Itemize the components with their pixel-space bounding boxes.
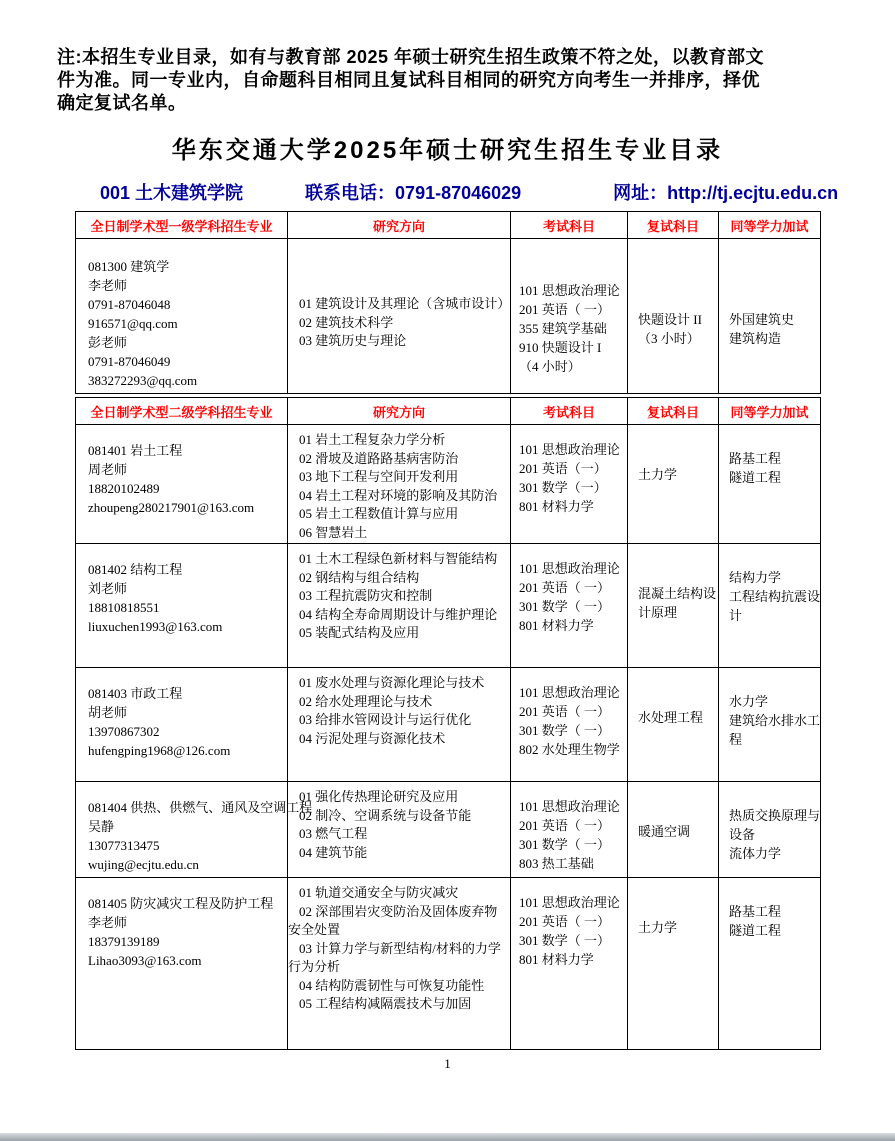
text-line: 01 建筑设计及其理论（含城市设计） (288, 295, 510, 314)
program-contact-cell: 081300 建筑学李老师0791-87046048916571@qq.com彭… (76, 239, 288, 394)
column-header: 同等学力加试 (719, 212, 821, 239)
text-line: 201 英语（一） (511, 459, 627, 478)
text-line: 081300 建筑学 (76, 257, 287, 276)
retest-subject-cell: 混凝土结构设计原理 (628, 544, 719, 668)
text-line: 工程结构抗震设计 (719, 587, 820, 625)
text-line: 01 轨道交通安全与防灾减灾 (288, 884, 510, 903)
text-line: 建筑给水排水工程 (719, 711, 820, 749)
text-line: 土力学 (628, 918, 718, 937)
text-line: 05 装配式结构及应用 (288, 624, 510, 643)
exam-subjects-cell: 101 思想政治理论201 英语（ 一）355 建筑学基础910 快题设计 I（… (511, 239, 628, 394)
text-line: 流体力学 (719, 844, 820, 863)
equivalency-addtest-cell: 热质交换原理与设备流体力学 (719, 782, 821, 878)
text-line: 13970867302 (76, 722, 287, 741)
note-line: 注:本招生专业目录，如有与教育部 2025 年硕士研究生招生政策不符之处，以教育… (57, 46, 851, 69)
program-contact-cell: 081402 结构工程刘老师18810818551liuxuchen1993@1… (76, 544, 288, 668)
retest-subject-cell: 快题设计 II（3 小时） (628, 239, 719, 394)
research-directions-cell: 01 岩土工程复杂力学分析02 滑坡及道路路基病害防治03 地下工程与空间开发利… (288, 425, 511, 544)
exam-subjects-cell: 101 思想政治理论201 英语（ 一）301 数学（ 一）801 材料力学 (511, 878, 628, 1050)
table-row: 081402 结构工程刘老师18810818551liuxuchen1993@1… (76, 544, 821, 668)
text-line: 外国建筑史 (719, 310, 820, 329)
research-directions-cell: 01 强化传热理论研究及应用02 制冷、空调系统与设备节能03 燃气工程04 建… (288, 782, 511, 878)
column-header: 全日制学术型二级学科招生专业 (76, 398, 288, 425)
text-line: 吴静 (76, 817, 287, 836)
column-header: 复试科目 (628, 212, 719, 239)
column-header: 研究方向 (288, 398, 511, 425)
text-line: 301 数学（ 一） (511, 597, 627, 616)
first-level-programs-table: 全日制学术型一级学科招生专业研究方向考试科目复试科目同等学力加试081300 建… (75, 211, 821, 394)
text-line: 03 燃气工程 (288, 825, 510, 844)
text-line: 02 给水处理理论与技术 (288, 693, 510, 712)
text-line: 隧道工程 (719, 468, 820, 487)
research-directions-cell: 01 建筑设计及其理论（含城市设计）02 建筑技术科学03 建筑历史与理论 (288, 239, 511, 394)
note-line: 确定复试名单。 (57, 92, 851, 115)
text-line: 06 智慧岩土 (288, 524, 510, 543)
exam-subjects-cell: 101 思想政治理论201 英语（ 一）301 数学（ 一）801 材料力学 (511, 544, 628, 668)
text-line: 周老师 (76, 460, 287, 479)
text-line: 101 思想政治理论 (511, 559, 627, 578)
text-line: 03 计算力学与新型结构/材料的力学行为分析 (288, 940, 510, 977)
text-line: 01 强化传热理论研究及应用 (288, 788, 510, 807)
text-line: 13077313475 (76, 836, 287, 855)
text-line: 201 英语（ 一） (511, 816, 627, 835)
text-line: 水处理工程 (628, 708, 718, 727)
text-line: 201 英语（ 一） (511, 578, 627, 597)
equivalency-addtest-cell: 水力学建筑给水排水工程 (719, 668, 821, 782)
text-line: 18379139189 (76, 932, 287, 951)
text-line: 刘老师 (76, 579, 287, 598)
text-line: 916571@qq.com (76, 314, 287, 333)
text-line: 18820102489 (76, 479, 287, 498)
text-line: 910 快题设计 I (511, 338, 627, 357)
text-line: 01 岩土工程复杂力学分析 (288, 431, 510, 450)
header-row: 全日制学术型一级学科招生专业研究方向考试科目复试科目同等学力加试 (76, 212, 821, 239)
table-row: 081404 供热、供燃气、通风及空调工程吴静13077313475wujing… (76, 782, 821, 878)
text-line: 隧道工程 (719, 921, 820, 940)
table-row: 081401 岩土工程周老师18820102489zhoupeng2802179… (76, 425, 821, 544)
text-line: 李老师 (76, 913, 287, 932)
column-header: 全日制学术型一级学科招生专业 (76, 212, 288, 239)
text-line: 301 数学（ 一） (511, 835, 627, 854)
research-directions-cell: 01 轨道交通安全与防灾减灾02 深部围岩灾变防治及固体废弃物安全处置03 计算… (288, 878, 511, 1050)
exam-subjects-cell: 101 思想政治理论201 英语（ 一）301 数学（ 一）802 水处理生物学 (511, 668, 628, 782)
page-title: 华东交通大学2025年硕士研究生招生专业目录 (0, 130, 895, 165)
text-line: 03 地下工程与空间开发利用 (288, 468, 510, 487)
retest-subject-cell: 暖通空调 (628, 782, 719, 878)
text-line: 04 建筑节能 (288, 844, 510, 863)
text-line: 04 结构防震韧性与可恢复功能性 (288, 977, 510, 996)
text-line: 081401 岩土工程 (76, 441, 287, 460)
equivalency-addtest-cell: 结构力学工程结构抗震设计 (719, 544, 821, 668)
text-line: 081402 结构工程 (76, 560, 287, 579)
text-line: 301 数学（ 一） (511, 721, 627, 740)
text-line: 建筑构造 (719, 329, 820, 348)
text-line: hufengping1968@126.com (76, 741, 287, 760)
text-line: 301 数学（ 一） (511, 931, 627, 950)
text-line: 383272293@qq.com (76, 371, 287, 390)
text-line: 02 钢结构与组合结构 (288, 569, 510, 588)
website: 网址：http://tj.ecjtu.edu.cn (613, 179, 838, 205)
text-line: 05 岩土工程数值计算与应用 (288, 505, 510, 524)
viewer-bottom-edge (0, 1133, 895, 1141)
contact-phone-value: 0791-87046029 (395, 183, 521, 203)
equivalency-addtest-cell: 外国建筑史建筑构造 (719, 239, 821, 394)
text-line: 01 废水处理与资源化理论与技术 (288, 674, 510, 693)
text-line: 02 制冷、空调系统与设备节能 (288, 807, 510, 826)
text-line: Lihao3093@163.com (76, 951, 287, 970)
equivalency-addtest-cell: 路基工程隧道工程 (719, 878, 821, 1050)
text-line: 101 思想政治理论 (511, 281, 627, 300)
text-line: 301 数学（一） (511, 478, 627, 497)
table-row: 081300 建筑学李老师0791-87046048916571@qq.com彭… (76, 239, 821, 394)
text-line: 快题设计 II (628, 310, 718, 329)
text-line: 胡老师 (76, 703, 287, 722)
text-line: 081405 防灾减灾工程及防护工程 (76, 894, 287, 913)
text-line: 101 思想政治理论 (511, 893, 627, 912)
text-line: 李老师 (76, 276, 287, 295)
column-header: 考试科目 (511, 398, 628, 425)
text-line: 04 污泥处理与资源化技术 (288, 730, 510, 749)
text-line: 201 英语（ 一） (511, 912, 627, 931)
department-name: 001 土木建筑学院 (100, 179, 243, 205)
header-row: 全日制学术型二级学科招生专业研究方向考试科目复试科目同等学力加试 (76, 398, 821, 425)
text-line: 803 热工基础 (511, 854, 627, 873)
website-url: http://tj.ecjtu.edu.cn (667, 183, 838, 203)
text-line: liuxuchen1993@163.com (76, 617, 287, 636)
column-header: 考试科目 (511, 212, 628, 239)
text-line: 03 给排水管网设计与运行优化 (288, 711, 510, 730)
equivalency-addtest-cell: 路基工程隧道工程 (719, 425, 821, 544)
text-line: 02 深部围岩灾变防治及固体废弃物安全处置 (288, 903, 510, 940)
text-line: 101 思想政治理论 (511, 683, 627, 702)
text-line: 结构力学 (719, 568, 820, 587)
program-contact-cell: 081405 防灾减灾工程及防护工程李老师18379139189Lihao309… (76, 878, 288, 1050)
column-header: 同等学力加试 (719, 398, 821, 425)
text-line: 801 材料力学 (511, 497, 627, 516)
text-line: 801 材料力学 (511, 616, 627, 635)
text-line: 土力学 (628, 465, 718, 484)
column-header: 复试科目 (628, 398, 719, 425)
program-contact-cell: 081403 市政工程胡老师13970867302hufengping1968@… (76, 668, 288, 782)
research-directions-cell: 01 土木工程绿色新材料与智能结构02 钢结构与组合结构03 工程抗震防灾和控制… (288, 544, 511, 668)
text-line: wujing@ecjtu.edu.cn (76, 855, 287, 874)
table-row: 081405 防灾减灾工程及防护工程李老师18379139189Lihao309… (76, 878, 821, 1050)
second-level-programs-table: 全日制学术型二级学科招生专业研究方向考试科目复试科目同等学力加试081401 岩… (75, 397, 821, 1050)
text-line: 混凝土结构设计原理 (628, 584, 718, 622)
text-line: 路基工程 (719, 449, 820, 468)
table-row: 081403 市政工程胡老师13970867302hufengping1968@… (76, 668, 821, 782)
retest-subject-cell: 土力学 (628, 878, 719, 1050)
page-number: 1 (0, 1056, 895, 1072)
research-directions-cell: 01 废水处理与资源化理论与技术02 给水处理理论与技术03 给排水管网设计与运… (288, 668, 511, 782)
text-line: 201 英语（ 一） (511, 702, 627, 721)
retest-subject-cell: 土力学 (628, 425, 719, 544)
exam-subjects-cell: 101 思想政治理论201 英语（一）301 数学（一）801 材料力学 (511, 425, 628, 544)
text-line: 04 岩土工程对环境的影响及其防治 (288, 487, 510, 506)
text-line: 04 结构全寿命周期设计与维护理论 (288, 606, 510, 625)
retest-subject-cell: 水处理工程 (628, 668, 719, 782)
text-line: 02 建筑技术科学 (288, 314, 510, 333)
text-line: 03 建筑历史与理论 (288, 332, 510, 351)
text-line: 01 土木工程绿色新材料与智能结构 (288, 550, 510, 569)
policy-note: 注:本招生专业目录，如有与教育部 2025 年硕士研究生招生政策不符之处，以教育… (57, 46, 851, 115)
text-line: 彭老师 (76, 333, 287, 352)
program-contact-cell: 081404 供热、供燃气、通风及空调工程吴静13077313475wujing… (76, 782, 288, 878)
text-line: （4 小时） (511, 357, 627, 376)
column-header: 研究方向 (288, 212, 511, 239)
contact-phone-label: 联系电话： (305, 183, 395, 203)
text-line: zhoupeng280217901@163.com (76, 498, 287, 517)
text-line: 02 滑坡及道路路基病害防治 (288, 450, 510, 469)
note-line: 件为准。同一专业内，自命题科目相同且复试科目相同的研究方向考生一并排序，择优 (57, 69, 851, 92)
text-line: 802 水处理生物学 (511, 740, 627, 759)
contact-phone: 联系电话：0791-87046029 (305, 179, 521, 205)
program-contact-cell: 081401 岩土工程周老师18820102489zhoupeng2802179… (76, 425, 288, 544)
text-line: 101 思想政治理论 (511, 797, 627, 816)
text-line: 热质交换原理与设备 (719, 806, 820, 844)
exam-subjects-cell: 101 思想政治理论201 英语（ 一）301 数学（ 一）803 热工基础 (511, 782, 628, 878)
text-line: 355 建筑学基础 (511, 319, 627, 338)
text-line: 201 英语（ 一） (511, 300, 627, 319)
text-line: 101 思想政治理论 (511, 440, 627, 459)
text-line: 18810818551 (76, 598, 287, 617)
document-page: 注:本招生专业目录，如有与教育部 2025 年硕士研究生招生政策不符之处，以教育… (0, 0, 895, 1141)
text-line: 081404 供热、供燃气、通风及空调工程 (76, 798, 287, 817)
text-line: 03 工程抗震防灾和控制 (288, 587, 510, 606)
department-header: 001 土木建筑学院 联系电话：0791-87046029 网址：http://… (0, 179, 895, 205)
text-line: 0791-87046048 (76, 295, 287, 314)
text-line: 水力学 (719, 692, 820, 711)
website-label: 网址： (613, 183, 667, 203)
text-line: 0791-87046049 (76, 352, 287, 371)
text-line: 05 工程结构减隔震技术与加固 (288, 995, 510, 1014)
text-line: 暖通空调 (628, 822, 718, 841)
text-line: （3 小时） (628, 329, 718, 348)
text-line: 081403 市政工程 (76, 684, 287, 703)
text-line: 801 材料力学 (511, 950, 627, 969)
text-line: 路基工程 (719, 902, 820, 921)
